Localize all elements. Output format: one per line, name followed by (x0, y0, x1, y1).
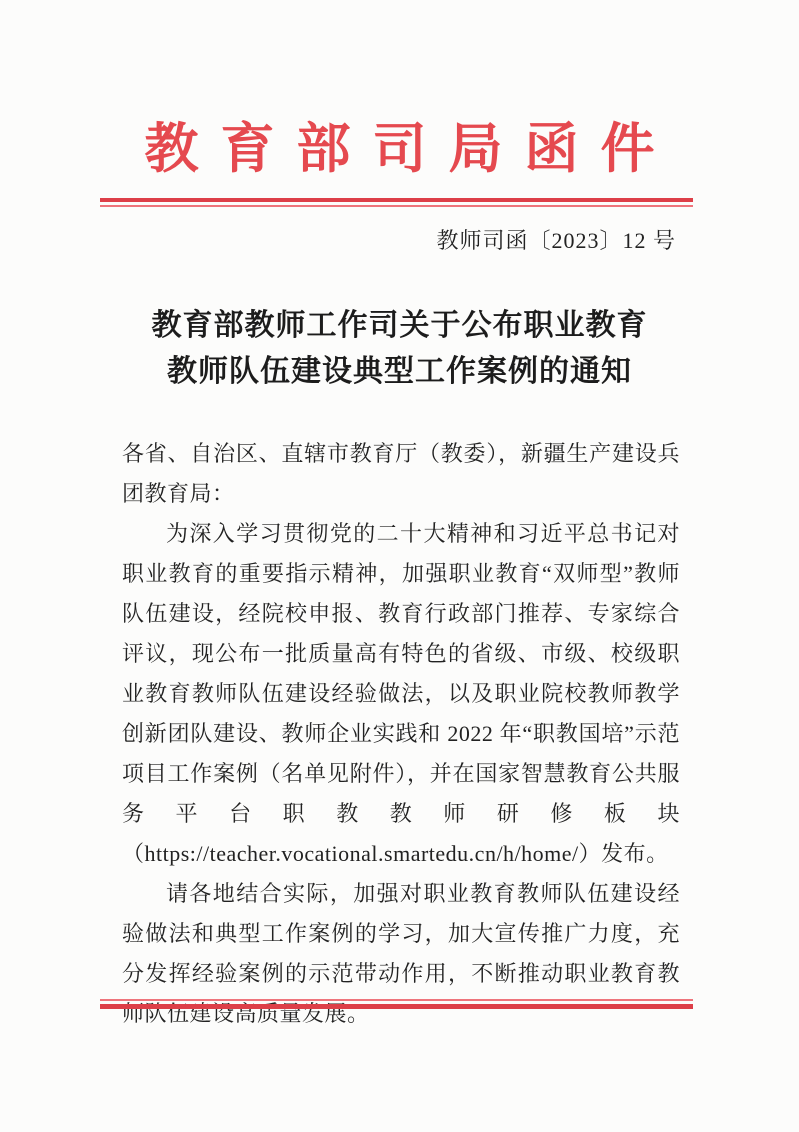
footer-rule-thick (100, 1004, 693, 1009)
body-paragraph-2: 请各地结合实际，加强对职业教育教师队伍建设经验做法和典型工作案例的学习，加大宣传… (122, 874, 680, 1034)
header-rule-thick (100, 198, 693, 202)
document-masthead: 教育部司局函件 (0, 118, 799, 180)
footer-rule-thin (100, 999, 693, 1001)
header-rule-thin (100, 205, 693, 207)
document-number: 教师司函〔2023〕12 号 (436, 224, 676, 255)
body-paragraph-1: 为深入学习贯彻党的二十大精神和习近平总书记对职业教育的重要指示精神，加强职业教育… (122, 514, 680, 874)
scanned-document-page: 教育部司局函件 教师司函〔2023〕12 号 教育部教师工作司关于公布职业教育 … (0, 0, 799, 1132)
document-title: 教育部教师工作司关于公布职业教育 教师队伍建设典型工作案例的通知 (0, 303, 799, 395)
salutation-paragraph: 各省、自治区、直辖市教育厅（教委），新疆生产建设兵团教育局： (122, 434, 680, 514)
document-title-line-2: 教师队伍建设典型工作案例的通知 (0, 349, 799, 395)
document-title-line-1: 教育部教师工作司关于公布职业教育 (0, 303, 799, 349)
document-body: 各省、自治区、直辖市教育厅（教委），新疆生产建设兵团教育局： 为深入学习贯彻党的… (122, 434, 680, 1034)
